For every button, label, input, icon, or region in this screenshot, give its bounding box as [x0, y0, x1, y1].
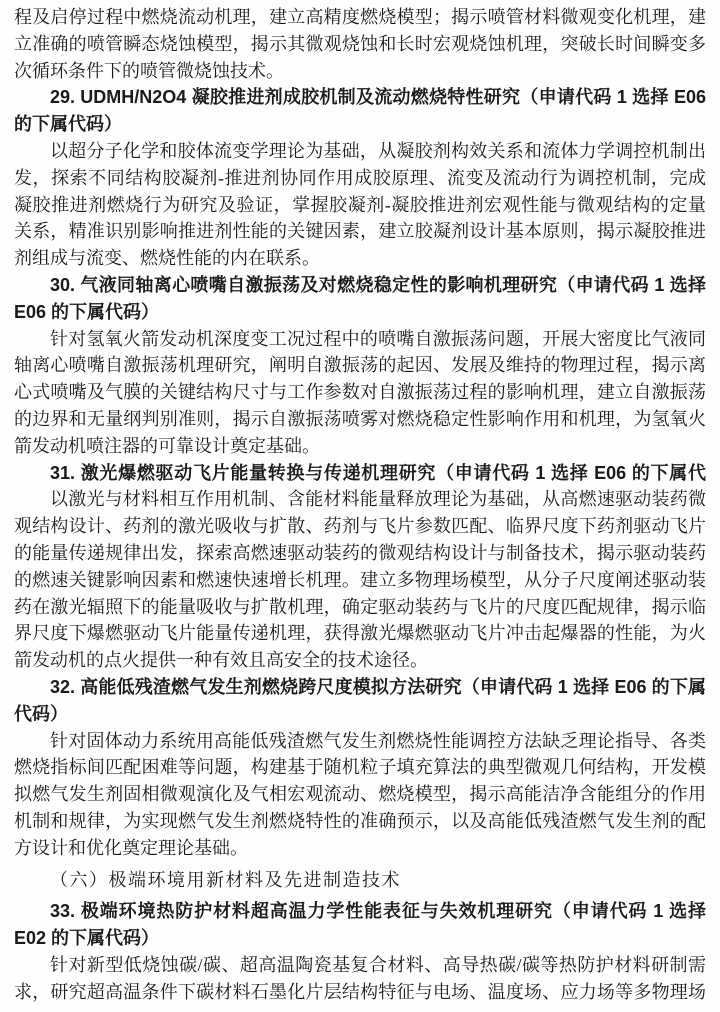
text-line: 33. 极端环境热防护材料超高温力学性能表征与失效机理研究（申请代码 1 选择 [14, 898, 706, 925]
text-line: 凝胶推进剂燃烧行为研究及验证，掌握胶凝剂-凝胶推进剂宏观性能与微观结构的定量 [14, 192, 706, 219]
text-line: 箭发动机喷注器的可靠设计奠定基础。 [14, 433, 706, 460]
text-line: E02 的下属代码） [14, 925, 706, 952]
section-6-header: （六）极端环境用新材料及先进制造技术 [14, 868, 706, 895]
topic-33-body: 针对新型低烧蚀碳/碳、超高温陶瓷基复合材料、高导热碳/碳等热防护材料研制需求，研… [14, 952, 706, 1006]
topic-29-heading: 29. UDMH/N2O4 凝胶推进剂成胶机制及流动燃烧特性研究（申请代码 1 … [14, 84, 706, 138]
topic-30-body: 针对氢氧火箭发动机深度变工况过程中的喷嘴自激振荡问题，开展大密度比气液同轴离心喷… [14, 326, 706, 460]
text-line: 针对固体动力系统用高能低残渣燃气发生剂燃烧性能调控方法缺乏理论指导、各类 [14, 728, 706, 755]
text-line: 代码） [14, 701, 706, 728]
text-line: 针对新型低烧蚀碳/碳、超高温陶瓷基复合材料、高导热碳/碳等热防护材料研制需 [14, 952, 706, 979]
text-line: 轴离心喷嘴自激振荡机理研究，阐明自激振荡的起因、发展及维持的物理过程，揭示离 [14, 352, 706, 379]
text-line: 心式喷嘴及气膜的关键结构尺寸与工作参数对自激振荡过程的影响机理，建立自激振荡 [14, 379, 706, 406]
text-line: 的燃速关键影响因素和燃速快速增长机理。建立多物理场模型，从分子尺度阐述驱动装 [14, 567, 706, 594]
text-line: 机制和规律，为实现燃气发生剂燃烧特性的准确预示，以及高能低残渣燃气发生剂的配 [14, 808, 706, 835]
text-line: 箭发动机的点火提供一种有效且高安全的技术途径。 [14, 647, 706, 674]
text-line: 界尺度下爆燃驱动飞片能量传递机理，获得激光爆燃驱动飞片冲击起爆器的性能，为火 [14, 620, 706, 647]
text-line: 药在激光辐照下的能量吸收与扩散机理，确定驱动装药与飞片的尺度匹配规律，揭示临 [14, 594, 706, 621]
text-line: E06 的下属代码） [14, 299, 706, 326]
text-line: 求，研究超高温条件下碳材料石墨化片层结构特征与电场、温度场、应力场等多物理场 [14, 979, 706, 1006]
text-line: 燃烧指标间匹配困难等问题，构建基于随机粒子填充算法的典型微观几何结构，开发模 [14, 754, 706, 781]
text-line: 以激光与材料相互作用机制、含能材料能量释放理论为基础，从高燃速驱动装药微 [14, 486, 706, 513]
document-page: 程及启停过程中燃烧流动机理，建立高精度燃烧模型；揭示喷管材料微观变化机理，建立准… [0, 0, 720, 1012]
topic-31-body: 以激光与材料相互作用机制、含能材料能量释放理论为基础，从高燃速驱动装药微观结构设… [14, 486, 706, 674]
text-line: 拟燃气发生剂固相微观演化及气相宏观流动、燃烧模型，揭示高能洁净含能组分的作用 [14, 781, 706, 808]
topic-30-heading: 30. 气液同轴离心喷嘴自激振荡及对燃烧稳定性的影响机理研究（申请代码 1 选择… [14, 272, 706, 326]
text-line: 关系，精准识别影响推进剂性能的关键因素，建立胶凝剂设计基本原则，揭示凝胶推进 [14, 218, 706, 245]
text-line: 方设计和优化奠定理论基础。 [14, 835, 706, 862]
topic-31-heading: 31. 激光爆燃驱动飞片能量转换与传递机理研究（申请代码 1 选择 E06 的下… [14, 460, 706, 487]
text-line: 立准确的喷管瞬态烧蚀模型，揭示其微观烧蚀和长时宏观烧蚀机理，突破长时间瞬变多 [14, 31, 706, 58]
text-line: 的边界和无量纲判别准则，揭示自激振荡喷雾对燃烧稳定性影响作用和机理，为氢氧火 [14, 406, 706, 433]
text-line: 程及启停过程中燃烧流动机理，建立高精度燃烧模型；揭示喷管材料微观变化机理，建 [14, 4, 706, 31]
text-line: （六）极端环境用新材料及先进制造技术 [14, 868, 706, 895]
topic-32-heading: 32. 高能低残渣燃气发生剂燃烧跨尺度模拟方法研究（申请代码 1 选择 E06 … [14, 674, 706, 728]
text-line: 的能量传递规律出发，探索高燃速驱动装药的微观结构设计与制备技术，揭示驱动装药 [14, 540, 706, 567]
text-line: 30. 气液同轴离心喷嘴自激振荡及对燃烧稳定性的影响机理研究（申请代码 1 选择 [14, 272, 706, 299]
topic-29-body: 以超分子化学和胶体流变学理论为基础，从凝胶剂构效关系和流体力学调控机制出发，探索… [14, 138, 706, 272]
text-line: 29. UDMH/N2O4 凝胶推进剂成胶机制及流动燃烧特性研究（申请代码 1 … [14, 84, 706, 111]
topic-33-heading: 33. 极端环境热防护材料超高温力学性能表征与失效机理研究（申请代码 1 选择E… [14, 898, 706, 952]
topic-32-body: 针对固体动力系统用高能低残渣燃气发生剂燃烧性能调控方法缺乏理论指导、各类燃烧指标… [14, 728, 706, 862]
text-line: 的下属代码） [14, 111, 706, 138]
paragraph-28-continued: 程及启停过程中燃烧流动机理，建立高精度燃烧模型；揭示喷管材料微观变化机理，建立准… [14, 4, 706, 84]
text-line: 发，探索不同结构胶凝剂-推进剂协同作用成胶原理、流变及流动行为调控机制，完成 [14, 165, 706, 192]
text-line: 以超分子化学和胶体流变学理论为基础，从凝胶剂构效关系和流体力学调控机制出 [14, 138, 706, 165]
text-line: 剂组成与流变、燃烧性能的内在联系。 [14, 245, 706, 272]
text-line: 次循环条件下的喷管微烧蚀技术。 [14, 58, 706, 85]
text-line: 32. 高能低残渣燃气发生剂燃烧跨尺度模拟方法研究（申请代码 1 选择 E06 … [14, 674, 706, 701]
text-line: 观结构设计、药剂的激光吸收与扩散、药剂与飞片参数匹配、临界尺度下药剂驱动飞片 [14, 513, 706, 540]
text-line: 31. 激光爆燃驱动飞片能量转换与传递机理研究（申请代码 1 选择 E06 的下… [14, 460, 706, 487]
text-line: 针对氢氧火箭发动机深度变工况过程中的喷嘴自激振荡问题，开展大密度比气液同 [14, 326, 706, 353]
